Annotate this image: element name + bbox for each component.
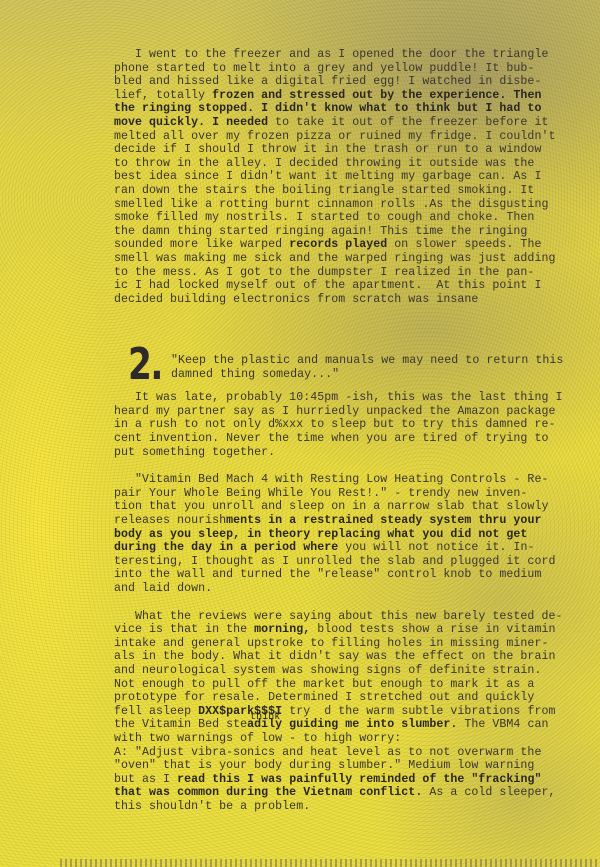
text-line: in a rush to not only d%xxx to sleep but… xyxy=(114,418,584,432)
copier-edge-artifact xyxy=(60,859,600,867)
bold-overtyped-text: the ringing stopped. I didn't know what … xyxy=(114,102,541,115)
bold-overtyped-text: body as you sleep, in theory replacing w… xyxy=(114,528,527,541)
section-quote: "Keep the plastic and manuals we may nee… xyxy=(171,354,563,381)
text-line: intake and general upstroke to filling h… xyxy=(114,637,584,651)
paragraph-freezer: I went to the freezer and as I opened th… xyxy=(114,48,584,306)
section-number: 2. xyxy=(128,343,162,387)
text-line: sounded more like warped records played … xyxy=(114,238,584,252)
text-line: fell asleep DXX$park$$$Ithink try d the … xyxy=(114,705,584,719)
text-line: lief, totally frozen and stressed out by… xyxy=(114,89,584,103)
bold-overtyped-text: DXX$park$$$Ithink xyxy=(198,705,282,719)
text-line: ic I had locked myself out of the apartm… xyxy=(114,279,584,293)
overstrike-annotation: think xyxy=(250,711,280,725)
text-line: and neurological system was showing sign… xyxy=(114,664,584,678)
bold-overtyped-text: ments in a restrained steady system thru… xyxy=(226,514,541,527)
text-line: that was common during the Vietnam confl… xyxy=(114,786,584,800)
story-text-column: I went to the freezer and as I opened th… xyxy=(114,48,584,814)
text-line: to throw in the alley. I decided throwin… xyxy=(114,157,584,171)
paragraph-vitamin-bed: "Vitamin Bed Mach 4 with Resting Low Hea… xyxy=(114,473,584,595)
text-line: body as you sleep, in theory replacing w… xyxy=(114,528,584,542)
text-line: decided building electronics from scratc… xyxy=(114,293,584,307)
bold-overtyped-text: morning, xyxy=(254,623,310,636)
text-line: prototype for resale. Determined I stret… xyxy=(114,691,584,705)
text-line: Not enough to pull off the market but en… xyxy=(114,678,584,692)
bold-overtyped-text: frozen and stressed out by the experienc… xyxy=(212,89,541,102)
text-line: into the wall and turned the "release" c… xyxy=(114,568,584,582)
text-line: this shouldn't be a problem. xyxy=(114,800,584,814)
text-line: I went to the freezer and as I opened th… xyxy=(114,48,584,62)
bold-overtyped-text: read this I was painfully reminded of th… xyxy=(177,773,541,786)
text-line: smell was making me sick and the warped … xyxy=(114,252,584,266)
bold-overtyped-text: records played xyxy=(289,238,387,251)
text-line: decide if I should I throw it in the tra… xyxy=(114,143,584,157)
text-line: releases nourishments in a restrained st… xyxy=(114,514,584,528)
bold-overtyped-text: during the day in a period where xyxy=(114,541,338,554)
text-line: heard my partner say as I hurriedly unpa… xyxy=(114,405,584,419)
bold-overtyped-text: move quickly. I needed xyxy=(114,116,268,129)
text-line: pair Your Whole Being While You Rest!." … xyxy=(114,487,584,501)
text-line: bled and hissed like a digital fried egg… xyxy=(114,75,584,89)
text-line: What the reviews were saying about this … xyxy=(114,610,584,624)
text-line: best idea since I didn't want it melting… xyxy=(114,170,584,184)
text-line: the ringing stopped. I didn't know what … xyxy=(114,102,584,116)
text-line: tion that you unroll and sleep on in a n… xyxy=(114,500,584,514)
text-line: "Keep the plastic and manuals we may nee… xyxy=(171,354,563,368)
text-line: move quickly. I needed to take it out of… xyxy=(114,116,584,130)
text-line: A: "Adjust vibra-sonics and heat level a… xyxy=(114,746,584,760)
text-line: the damn thing started ringing again! Th… xyxy=(114,225,584,239)
paragraph-late-night: It was late, probably 10:45pm -ish, this… xyxy=(114,391,584,459)
text-line: vice is that in the morning, blood tests… xyxy=(114,623,584,637)
text-line: put something together. xyxy=(114,446,584,460)
text-line: melted all over my frozen pizza or ruine… xyxy=(114,130,584,144)
text-line: the Vitamin Bed steadily guiding me into… xyxy=(114,718,584,732)
section-header: 2. "Keep the plastic and manuals we may … xyxy=(114,343,584,383)
text-line: It was late, probably 10:45pm -ish, this… xyxy=(114,391,584,405)
text-line: smoke filled my nostrils. I started to c… xyxy=(114,211,584,225)
photocopied-zine-page: I went to the freezer and as I opened th… xyxy=(0,0,600,867)
paragraph-reviews: What the reviews were saying about this … xyxy=(114,610,584,814)
text-line: cent invention. Never the time when you … xyxy=(114,432,584,446)
bold-overtyped-text: that was common during the Vietnam confl… xyxy=(114,786,422,799)
text-line: "Vitamin Bed Mach 4 with Resting Low Hea… xyxy=(114,473,584,487)
text-line: but as I read this I was painfully remin… xyxy=(114,773,584,787)
text-line: to the mess. As I got to the dumpster I … xyxy=(114,266,584,280)
text-line: damned thing someday..." xyxy=(171,368,563,382)
text-line: and laid down. xyxy=(114,582,584,596)
text-line: with two warnings of low - to high worry… xyxy=(114,732,584,746)
text-line: "oven" that is your body during slumber.… xyxy=(114,759,584,773)
text-line: during the day in a period where you wil… xyxy=(114,541,584,555)
text-line: teresting, I thought as I unrolled the s… xyxy=(114,555,584,569)
text-line: ran down the stairs the boiling triangle… xyxy=(114,184,584,198)
text-line: phone started to melt into a grey and ye… xyxy=(114,62,584,76)
text-line: smelled like a rotting burnt cinnamon ro… xyxy=(114,198,584,212)
text-line: als in the body. What it didn't say was … xyxy=(114,650,584,664)
